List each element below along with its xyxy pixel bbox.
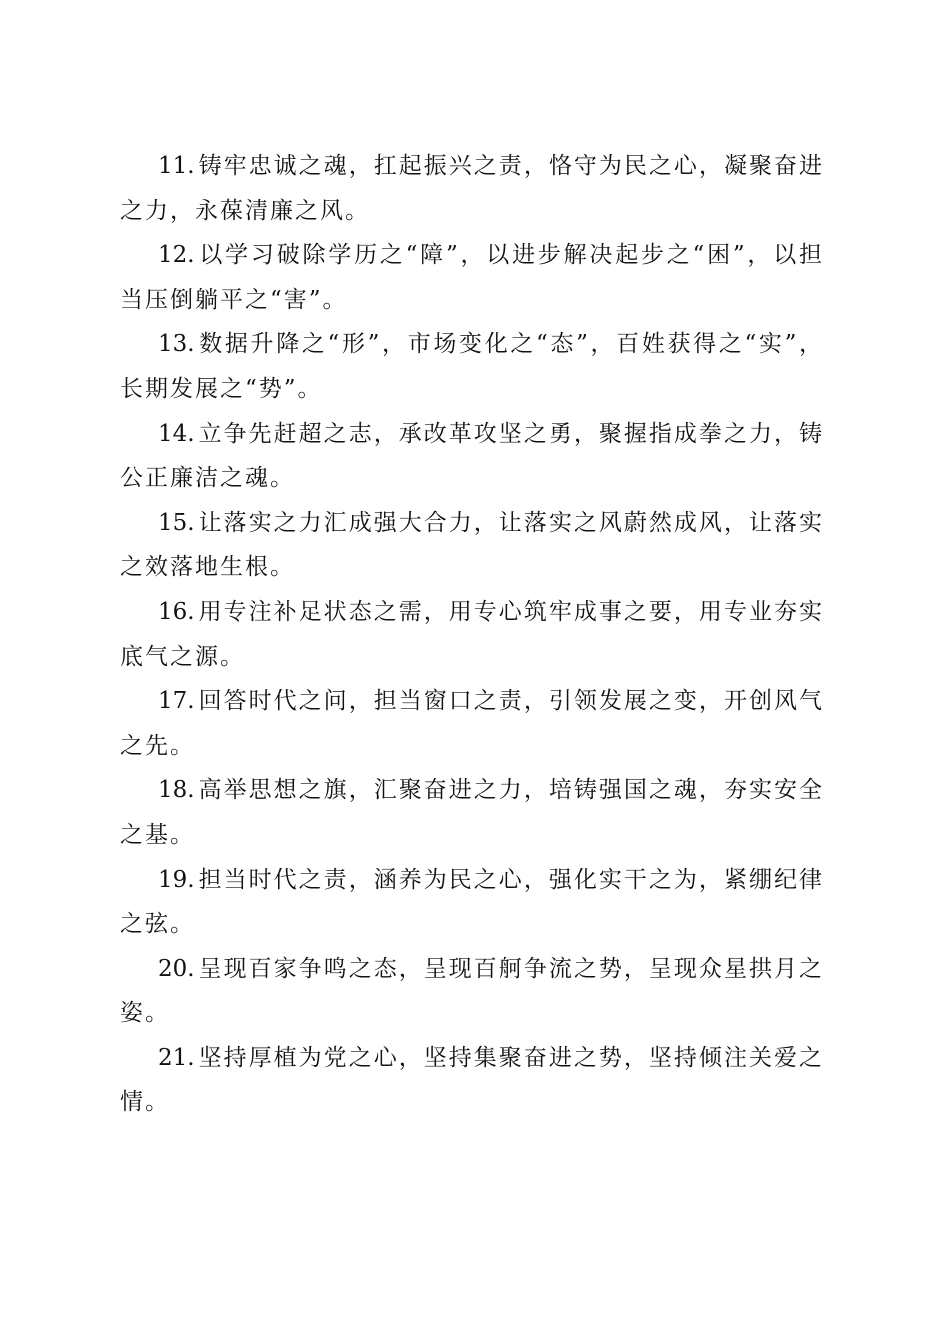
item-number: 18.: [158, 777, 195, 803]
list-item-16: 16.用专注补足状态之需，用专心筑牢成事之要，用专业夯实底气之源。: [120, 590, 824, 679]
list-item-12: 12.以学习破除学历之“障”，以进步解决起步之“困”，以担当压倒躺平之“害”。: [120, 233, 824, 322]
list-item-17: 17.回答时代之问，担当窗口之责，引领发展之变，开创风气之先。: [120, 679, 824, 768]
item-number: 13.: [158, 331, 195, 357]
item-number: 16.: [158, 599, 195, 625]
item-text: 让落实之力汇成强大合力，让落实之风蔚然成风，让落实之效落地生根。: [120, 510, 824, 581]
item-text: 呈现百家争鸣之态，呈现百舸争流之势，呈现众星拱月之姿。: [120, 956, 824, 1027]
item-number: 20.: [158, 956, 195, 982]
item-text: 数据升降之“形”，市场变化之“态”，百姓获得之“实”，长期发展之“势”。: [120, 331, 824, 402]
list-item-11: 11.铸牢忠诚之魂，扛起振兴之责，恪守为民之心，凝聚奋进之力，永葆清廉之风。: [120, 144, 824, 233]
item-number: 12.: [158, 242, 195, 268]
list-item-19: 19.担当时代之责，涵养为民之心，强化实干之为，紧绷纪律之弦。: [120, 858, 824, 947]
item-text: 回答时代之问，担当窗口之责，引领发展之变，开创风气之先。: [120, 688, 824, 759]
item-text: 铸牢忠诚之魂，扛起振兴之责，恪守为民之心，凝聚奋进之力，永葆清廉之风。: [120, 153, 824, 224]
item-number: 19.: [158, 867, 195, 893]
item-text: 立争先赶超之志，承改革攻坚之勇，聚握指成拳之力，铸公正廉洁之魂。: [120, 421, 824, 492]
item-text: 用专注补足状态之需，用专心筑牢成事之要，用专业夯实底气之源。: [120, 599, 824, 670]
item-number: 17.: [158, 688, 195, 714]
list-item-18: 18.高举思想之旗，汇聚奋进之力，培铸强国之魂，夯实安全之基。: [120, 768, 824, 857]
list-item-21: 21.坚持厚植为党之心，坚持集聚奋进之势，坚持倾注关爱之情。: [120, 1036, 824, 1125]
item-number: 15.: [158, 510, 195, 536]
item-number: 21.: [158, 1045, 195, 1071]
item-number: 11.: [158, 153, 195, 179]
item-text: 担当时代之责，涵养为民之心，强化实干之为，紧绷纪律之弦。: [120, 867, 824, 938]
item-number: 14.: [158, 421, 195, 447]
item-text: 高举思想之旗，汇聚奋进之力，培铸强国之魂，夯实安全之基。: [120, 777, 824, 848]
list-item-20: 20.呈现百家争鸣之态，呈现百舸争流之势，呈现众星拱月之姿。: [120, 947, 824, 1036]
document-page: 11.铸牢忠诚之魂，扛起振兴之责，恪守为民之心，凝聚奋进之力，永葆清廉之风。 1…: [120, 144, 824, 1125]
item-text: 以学习破除学历之“障”，以进步解决起步之“困”，以担当压倒躺平之“害”。: [120, 242, 824, 313]
list-item-15: 15.让落实之力汇成强大合力，让落实之风蔚然成风，让落实之效落地生根。: [120, 501, 824, 590]
item-text: 坚持厚植为党之心，坚持集聚奋进之势，坚持倾注关爱之情。: [120, 1045, 824, 1116]
list-item-14: 14.立争先赶超之志，承改革攻坚之勇，聚握指成拳之力，铸公正廉洁之魂。: [120, 412, 824, 501]
list-item-13: 13.数据升降之“形”，市场变化之“态”，百姓获得之“实”，长期发展之“势”。: [120, 322, 824, 411]
